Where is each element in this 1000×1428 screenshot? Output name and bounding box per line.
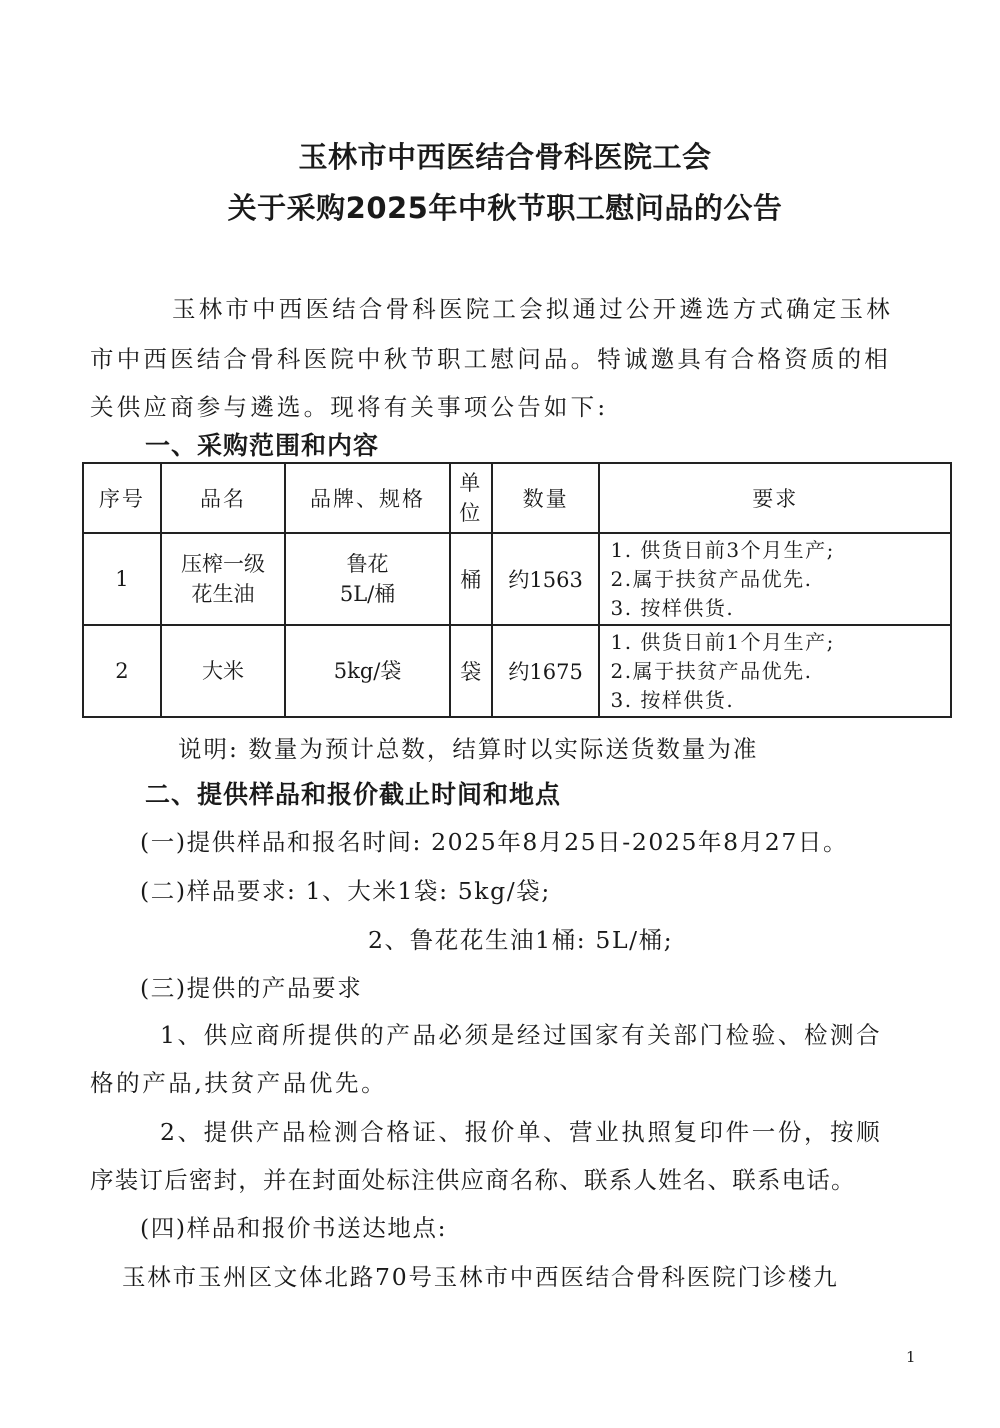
product-requirement-2-line-1: 2、提供产品检测合格证、报价单、营业执照复印件一份，按顺 — [160, 1113, 882, 1147]
cell-name-line: 压榨一级 — [162, 549, 285, 579]
delivery-address: 玉林市玉州区文体北路70号玉林市中西医结合骨科医院门诊楼九 — [122, 1258, 839, 1292]
procurement-table: 序号 品名 品牌、规格 单 位 数量 要求 1 压榨一级 花生油 鲁花 5L/桶… — [82, 462, 952, 718]
header-unit: 单 位 — [450, 463, 492, 533]
header-requirements: 要求 — [599, 463, 951, 533]
cell-requirements: 1. 供货日前3个月生产; 2.属于扶贫产品优先. 3. 按样供货. — [599, 533, 951, 625]
requirement-line: 2.属于扶贫产品优先. — [610, 565, 950, 594]
cell-name: 压榨一级 花生油 — [161, 533, 286, 625]
intro-line-1: 玉林市中西医结合骨科医院工会拟通过公开遴选方式确定玉林 — [172, 290, 893, 324]
sample-requirement-item-2: 2、鲁花花生油1桶: 5L/桶; — [368, 921, 673, 955]
requirement-line: 1. 供货日前3个月生产; — [610, 536, 950, 565]
product-requirement-1-line-2: 格的产品,扶贫产品优先。 — [90, 1064, 387, 1098]
section-1-heading: 一、采购范围和内容 — [145, 426, 379, 462]
product-requirement-1-line-1: 1、供应商所提供的产品必须是经过国家有关部门检验、检测合 — [160, 1016, 882, 1050]
cell-requirements: 1. 供货日前1个月生产; 2.属于扶贫产品优先. 3. 按样供货. — [599, 625, 951, 717]
cell-spec-line: 鲁花 — [286, 549, 448, 579]
table-note: 说明: 数量为预计总数，结算时以实际送货数量为准 — [178, 730, 758, 764]
cell-name-line: 大米 — [162, 656, 285, 686]
requirement-line: 3. 按样供货. — [610, 686, 950, 715]
requirement-line: 1. 供货日前1个月生产; — [610, 628, 950, 657]
delivery-location-heading: (四)样品和报价书送达地点: — [140, 1209, 447, 1243]
cell-no: 1 — [83, 533, 161, 625]
cell-spec: 鲁花 5L/桶 — [285, 533, 449, 625]
cell-spec-line: 5L/桶 — [286, 579, 448, 609]
header-spec: 品牌、规格 — [285, 463, 449, 533]
table-row: 2 大米 5kg/袋 袋 约1675 1. 供货日前1个月生产; 2.属于扶贫产… — [83, 625, 951, 717]
cell-spec-line: 5kg/袋 — [286, 656, 448, 686]
cell-name: 大米 — [161, 625, 286, 717]
sample-requirements: (二)样品要求: 1、大米1袋: 5kg/袋; — [140, 872, 551, 906]
requirement-line: 2.属于扶贫产品优先. — [610, 657, 950, 686]
intro-line-2: 市中西医结合骨科医院中秋节职工慰问品。特诚邀具有合格资质的相 — [90, 340, 891, 374]
title-line-2: 关于采购2025年中秋节职工慰问品的公告 — [0, 186, 1000, 227]
cell-qty: 约1675 — [492, 625, 600, 717]
requirement-line: 3. 按样供货. — [610, 594, 950, 623]
cell-qty: 约1563 — [492, 533, 600, 625]
intro-line-3: 关供应商参与遴选。现将有关事项公告如下: — [90, 388, 608, 422]
product-requirements-heading: (三)提供的产品要求 — [140, 969, 362, 1003]
section-2-heading: 二、提供样品和报价截止时间和地点 — [145, 775, 561, 811]
header-qty: 数量 — [492, 463, 600, 533]
header-name: 品名 — [161, 463, 286, 533]
sample-registration-time: (一)提供样品和报名时间: 2025年8月25日-2025年8月27日。 — [140, 823, 848, 857]
header-no: 序号 — [83, 463, 161, 533]
product-requirement-2-line-2: 序装订后密封，并在封面处标注供应商名称、联系人姓名、联系电话。 — [90, 1161, 856, 1195]
cell-unit: 桶 — [450, 533, 492, 625]
cell-no: 2 — [83, 625, 161, 717]
cell-name-line: 花生油 — [162, 579, 285, 609]
table-row: 1 压榨一级 花生油 鲁花 5L/桶 桶 约1563 1. 供货日前3个月生产;… — [83, 533, 951, 625]
page-number: 1 — [906, 1348, 916, 1366]
cell-unit: 袋 — [450, 625, 492, 717]
title-line-1: 玉林市中西医结合骨科医院工会 — [0, 135, 1000, 176]
header-unit-line-1: 单 — [451, 468, 491, 498]
header-unit-line-2: 位 — [451, 498, 491, 528]
table-header-row: 序号 品名 品牌、规格 单 位 数量 要求 — [83, 463, 951, 533]
cell-spec: 5kg/袋 — [285, 625, 449, 717]
